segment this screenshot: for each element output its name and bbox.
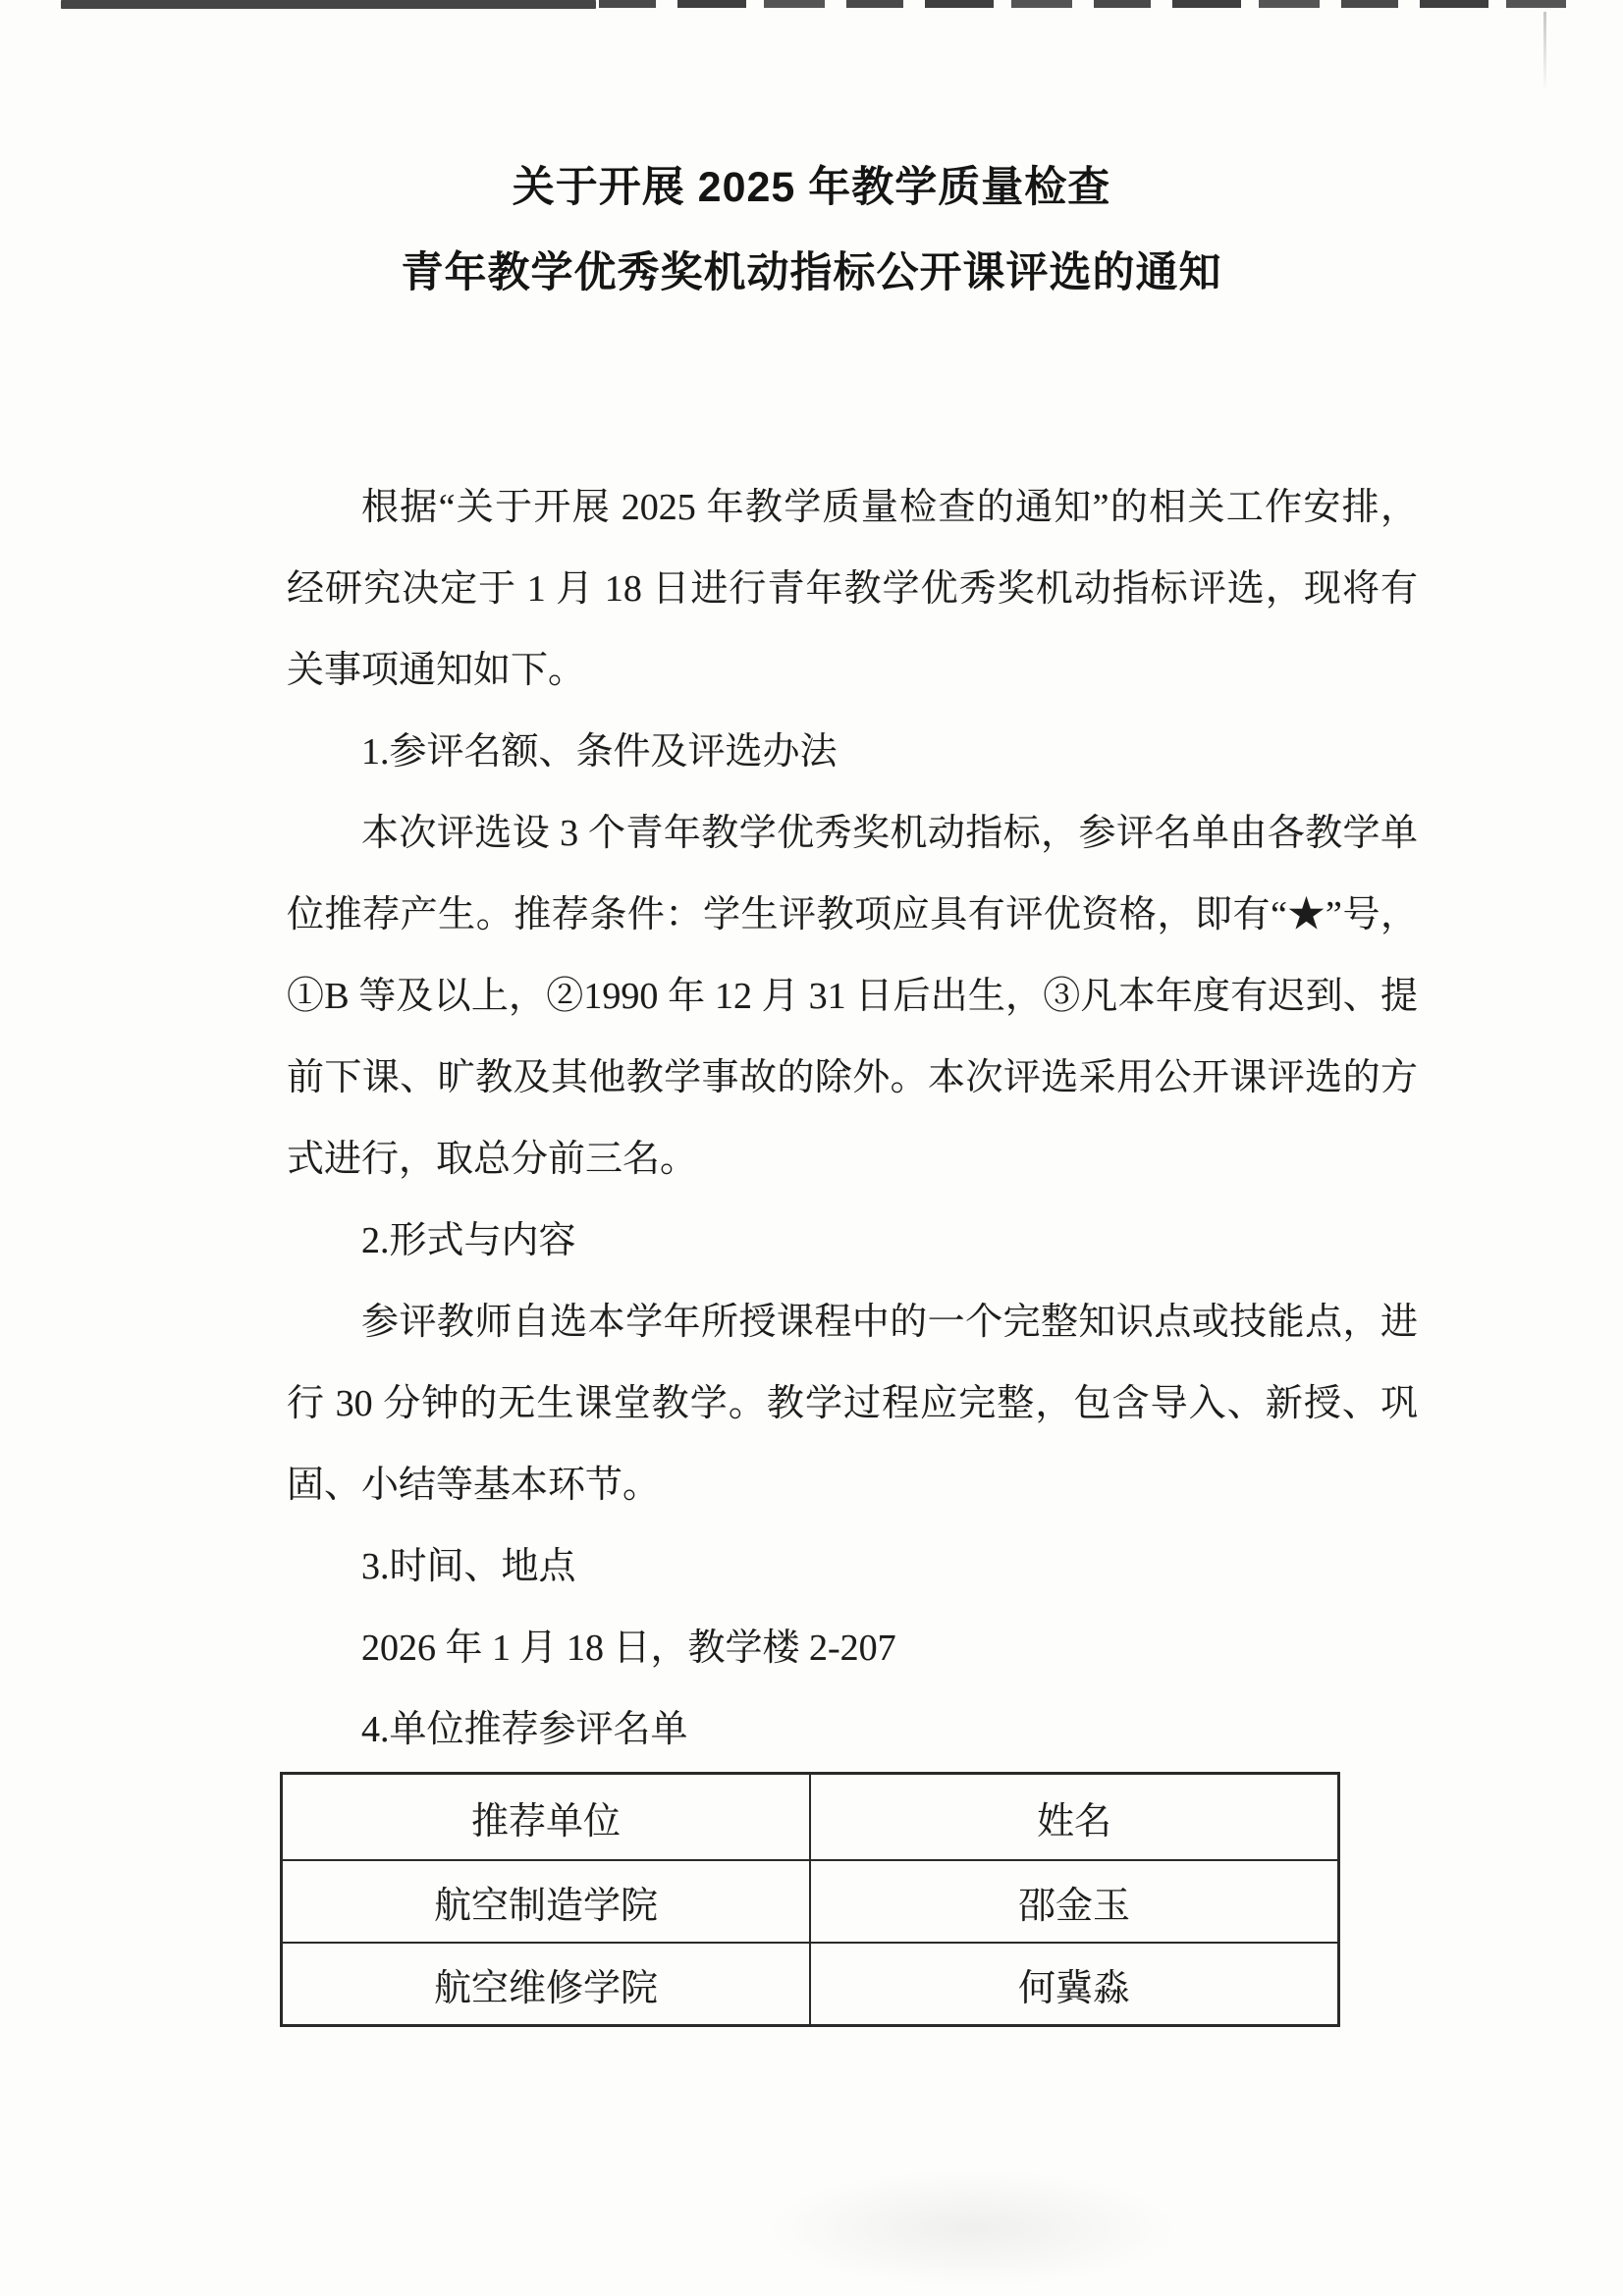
document-body: 根据“关于开展 2025 年教学质量检查的通知”的相关工作安排，经研究决定于 1… bbox=[287, 467, 1418, 1771]
name-cell: 邵金玉 bbox=[810, 1860, 1339, 1943]
intro-paragraph: 根据“关于开展 2025 年教学质量检查的通知”的相关工作安排，经研究决定于 1… bbox=[287, 467, 1418, 712]
scan-artifact-top-left bbox=[61, 0, 596, 9]
table-header-row: 推荐单位 姓名 bbox=[282, 1774, 1339, 1861]
section-3-datetime: 2026 年 1 月 18 日，教学楼 2-207 bbox=[287, 1608, 1418, 1689]
unit-cell: 航空制造学院 bbox=[282, 1860, 811, 1943]
document-title-line-1: 关于开展 2025 年教学质量检查 bbox=[0, 145, 1623, 231]
nominee-table: 推荐单位 姓名 航空制造学院 邵金玉 航空维修学院 何冀淼 bbox=[280, 1772, 1340, 2027]
section-2-body: 参评教师自选本学年所授课程中的一个完整知识点或技能点，进行 30 分钟的无生课堂… bbox=[287, 1282, 1418, 1526]
document-title-line-2: 青年教学优秀奖机动指标公开课评选的通知 bbox=[0, 231, 1623, 316]
section-1-body: 本次评选设 3 个青年教学优秀奖机动指标，参评名单由各教学单位推荐产生。推荐条件… bbox=[287, 793, 1418, 1201]
scanned-notice-page: 关于开展 2025 年教学质量检查 青年教学优秀奖机动指标公开课评选的通知 根据… bbox=[0, 0, 1623, 2296]
scan-artifact-right-edge bbox=[1543, 12, 1546, 92]
section-1-heading: 1.参评名额、条件及评选办法 bbox=[287, 712, 1418, 793]
unit-cell: 航空维修学院 bbox=[282, 1943, 811, 2026]
scan-artifact-top-right bbox=[599, 0, 1566, 8]
table-header-unit: 推荐单位 bbox=[282, 1774, 811, 1861]
section-2-heading: 2.形式与内容 bbox=[287, 1201, 1418, 1282]
table-row: 航空制造学院 邵金玉 bbox=[282, 1860, 1339, 1943]
table-header-name: 姓名 bbox=[810, 1774, 1339, 1861]
scan-artifact-bottom-smudge bbox=[766, 2169, 1178, 2287]
section-4-heading: 4.单位推荐参评名单 bbox=[287, 1689, 1418, 1771]
name-cell: 何冀淼 bbox=[810, 1943, 1339, 2026]
section-3-heading: 3.时间、地点 bbox=[287, 1526, 1418, 1608]
document-title: 关于开展 2025 年教学质量检查 青年教学优秀奖机动指标公开课评选的通知 bbox=[0, 145, 1623, 316]
table-row: 航空维修学院 何冀淼 bbox=[282, 1943, 1339, 2026]
